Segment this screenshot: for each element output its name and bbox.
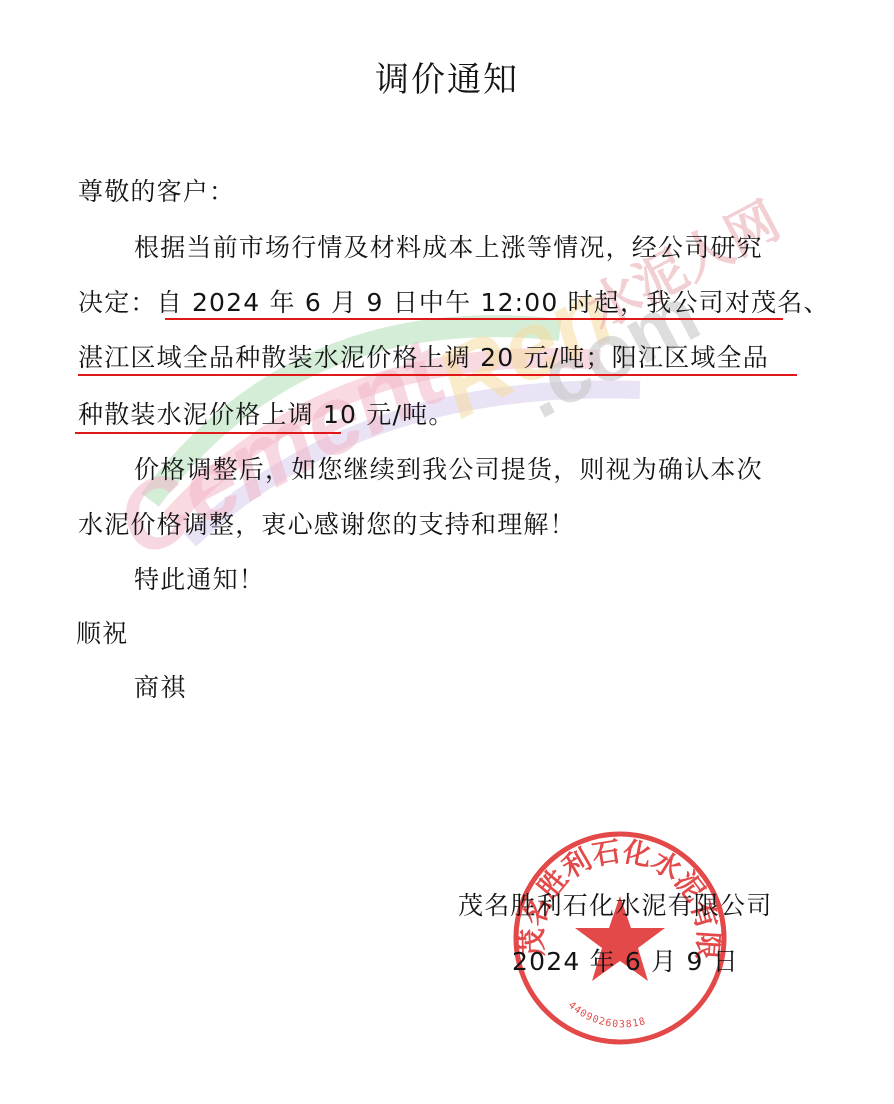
signature-date: 2024 年 6 月 9 日 [512,942,739,978]
paragraph1-line1: 根据当前市场行情及材料成本上涨等情况，经公司研究 [134,228,763,264]
regards: 顺祝 [76,614,128,650]
signature-company: 茂名胜利石化水泥有限公司 [458,886,772,922]
underline-2 [78,374,797,376]
underline-1 [165,318,783,320]
regards-2: 商祺 [134,668,186,704]
notice-close: 特此通知！ [134,560,265,596]
document-title: 调价通知 [0,52,894,101]
underline-3 [75,432,341,434]
paragraph1-line2: 决定：自 2024 年 6 月 9 日中午 12:00 时起，我公司对茂名、 [78,283,830,319]
stamp-number: 440902603818 [566,1000,648,1030]
paragraph1-line3: 湛江区域全品种散装水泥价格上调 20 元/吨；阳江区域全品 [78,338,769,374]
paragraph2-line1: 价格调整后，如您继续到我公司提货，则视为确认本次 [134,450,763,486]
paragraph1-line4: 种散装水泥价格上调 10 元/吨。 [78,395,455,431]
svg-text:440902603818: 440902603818 [566,1000,648,1030]
salutation: 尊敬的客户： [78,172,235,208]
company-seal-stamp: 茂名胜利石化水泥有限公司 440902603818 [508,826,732,1050]
paragraph2-line2: 水泥价格调整，衷心感谢您的支持和理解！ [78,505,576,541]
watermark-logo: Cement Ren .com 水泥人网 [0,0,894,1104]
